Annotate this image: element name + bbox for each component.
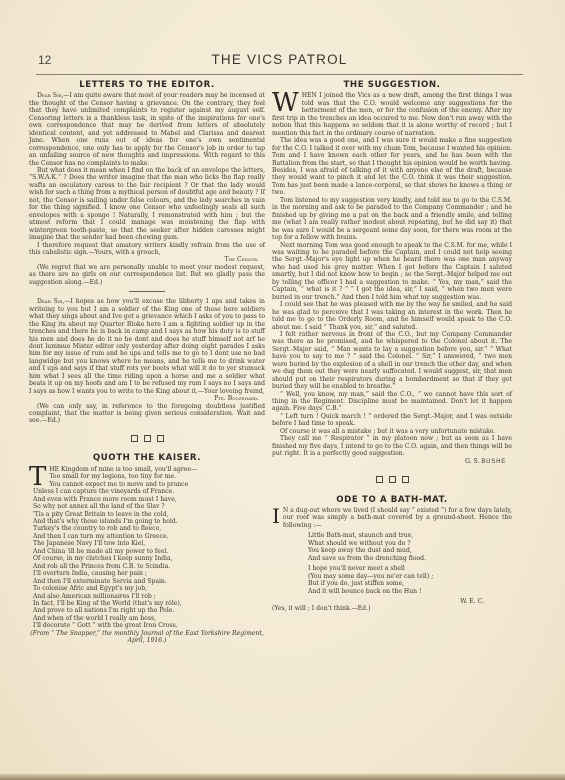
story-text: HEN I joined the Vics as a new draft, am… — [272, 92, 512, 136]
poem-line: And rob all the Princes from C.B. to Sci… — [29, 563, 265, 570]
square-icon — [376, 476, 383, 483]
poem-line: And then I'll exterminate Servia and Spa… — [29, 578, 265, 585]
poem-lines: HE Kingdom of mine is too small, you'll … — [29, 466, 265, 630]
drop-cap: T — [29, 467, 46, 487]
story-paragraph: Of course it was all a mistake ; but it … — [272, 428, 512, 435]
poem-line: And then I can turn my attention to Gree… — [29, 533, 265, 540]
signature: Pte. Boozehard. — [29, 395, 265, 402]
ode-heading: ODE TO A BATH-MAT. — [272, 497, 512, 504]
signature: The Censor. — [29, 256, 265, 263]
suggestion-heading: THE SUGGESTION. — [272, 82, 512, 89]
page-edge — [0, 774, 565, 780]
salutation: Dear Sir, — [37, 92, 63, 99]
poem-line: But if you do, just stiffen some, — [308, 580, 512, 587]
story-paragraph: I could see that he was pleased with me … — [272, 301, 512, 331]
square-icon — [402, 476, 409, 483]
letter-paragraph: I therefore request that amatory writers… — [29, 242, 265, 257]
letter-text: —I am quite aware that most of your read… — [29, 92, 265, 166]
poem-line: And prove to all nations I'm right up th… — [29, 607, 265, 614]
poem-line: So why not annex all the land of the Sla… — [29, 503, 265, 510]
suggestion-story: WHEN I joined the Vics as a new draft, a… — [272, 92, 512, 466]
poem-line: And also American millionaires I'll rob … — [29, 593, 265, 600]
story-paragraph: I felt rather nervous in front of the C.… — [272, 331, 512, 391]
signature-handwritten: BUSHE — [481, 459, 506, 465]
poem-line: Of course, in my clutches I keep sunny I… — [29, 555, 265, 562]
poem-line: To colonise Afric and Egypt's my job, — [29, 585, 265, 592]
kaiser-heading: QUOTH THE KAISER. — [29, 455, 265, 462]
ode-poem: IN a dug-out where we lived (I should sa… — [272, 507, 512, 613]
square-icon — [144, 435, 151, 442]
poem-line: The Japanese Navy I'll tow into Kiel, — [29, 540, 265, 547]
signature: G. S. BUSHE — [272, 458, 512, 466]
story-paragraph: Tom listened to my suggestion very kindl… — [272, 197, 512, 242]
page-header: 12 THE VICS PATROL — [36, 50, 523, 75]
square-icon — [131, 435, 138, 442]
poem-line: Turkey's the country to rob and to fleec… — [29, 525, 265, 532]
letter-paragraph: But what does it mean when I find on the… — [29, 167, 265, 242]
poem-line: And even with France more room must I ha… — [29, 496, 265, 503]
square-icon — [389, 476, 396, 483]
section-separator — [272, 476, 512, 485]
salutation: Dear Sir, — [37, 298, 64, 305]
poem-line: And when of the world I really am boss, — [29, 615, 265, 622]
poem-line: And that's why those islands I'm going t… — [29, 518, 265, 525]
poem-line: And save us from the drenching flood. — [308, 555, 512, 562]
letter-text: —I hopes as how you'll excuse the libber… — [29, 298, 265, 394]
drop-cap: I — [272, 508, 280, 524]
poem-line: Unless I can capture the vineyards of Fr… — [29, 488, 265, 495]
story-paragraph: “ Left turn ! Quick march ! ” ordered th… — [272, 413, 512, 428]
ode-intro: IN a dug-out where we lived (I should sa… — [272, 507, 512, 529]
poem-line: HE Kingdom of mine is too small, you'll … — [29, 466, 265, 473]
poem-line: In fact, I'll be King of the World (that… — [29, 600, 265, 607]
poem-line: 'Tis a pity Great Britain to leave in th… — [29, 511, 265, 518]
intro-text: N a dug-out where we lived (I should say… — [283, 507, 512, 529]
poem-line: You keep away the dust and mud, — [308, 547, 512, 554]
story-paragraph: Next morning Tom was good enough to spea… — [272, 242, 512, 302]
poem-line: I'll decorate “ Gott ” with the great Ir… — [29, 622, 265, 629]
letter-censor: Dear Sir,—I am quite aware that most of … — [29, 92, 265, 286]
signature-printed: G. S. — [465, 458, 479, 465]
poem-line: Too small for my legions, too tiny for m… — [29, 473, 265, 480]
stanza: Little Bath-mat, staunch and true,What s… — [308, 532, 512, 562]
poem-line: And it will bounce back on the Hun ! — [308, 588, 512, 595]
poem-source: (From “ The Snapper,” the monthly Journa… — [29, 630, 265, 645]
story-paragraph: “ Well, you know, my man,” said the C.O.… — [272, 391, 512, 413]
letters-heading: LETTERS TO THE EDITOR. — [29, 82, 265, 89]
section-separator — [29, 435, 265, 444]
divider-rule — [129, 291, 165, 292]
editor-note: (We regret that we are personally unable… — [29, 264, 265, 286]
letter-paragraph: Dear Sir,—I am quite aware that most of … — [29, 92, 265, 167]
poem-line: And China 'ill be made all my power to f… — [29, 548, 265, 555]
left-column: LETTERS TO THE EDITOR. Dear Sir,—I am qu… — [29, 82, 265, 645]
poem-line: You cannot expect me to move and to pran… — [29, 481, 265, 488]
kaiser-poem: T HE Kingdom of mine is too small, you'l… — [29, 466, 265, 630]
letter-boozehard: Dear Sir,—I hopes as how you'll excuse t… — [29, 298, 265, 425]
poem-line: (You may some day—you ne'er can tell) ; — [308, 573, 512, 580]
magazine-page: 12 THE VICS PATROL LETTERS TO THE EDITOR… — [0, 0, 565, 780]
stanza: I hope you'll never meet a shell(You may… — [308, 565, 512, 595]
signature: W. E. C. — [272, 598, 512, 605]
story-paragraphs: The idea was a good one, and I was sure … — [272, 137, 512, 457]
story-paragraph: WHEN I joined the Vics as a new draft, a… — [272, 92, 512, 137]
letter-paragraph: Dear Sir,—I hopes as how you'll excuse t… — [29, 298, 265, 395]
poem-line: What should we without you do ? — [308, 540, 512, 547]
right-column: THE SUGGESTION. WHEN I joined the Vics a… — [272, 82, 512, 613]
editor-note: (Yes, it will ; I don't think.—Ed.) — [272, 605, 512, 612]
story-paragraph: The idea was a good one, and I was sure … — [272, 137, 512, 197]
masthead-title: THE VICS PATROL — [36, 52, 523, 67]
editor-note: (We can only say, in reference to the fo… — [29, 403, 265, 425]
square-icon — [157, 435, 164, 442]
poem-line: I hope you'll never meet a shell — [308, 565, 512, 572]
story-paragraph: They call me “ Respirator ” in my platoo… — [272, 435, 512, 457]
poem-line: I'll overturn India, causing her pain ; — [29, 570, 265, 577]
poem-line: Little Bath-mat, staunch and true, — [308, 532, 512, 539]
drop-cap: W — [272, 93, 299, 113]
ode-stanzas: Little Bath-mat, staunch and true,What s… — [272, 532, 512, 595]
